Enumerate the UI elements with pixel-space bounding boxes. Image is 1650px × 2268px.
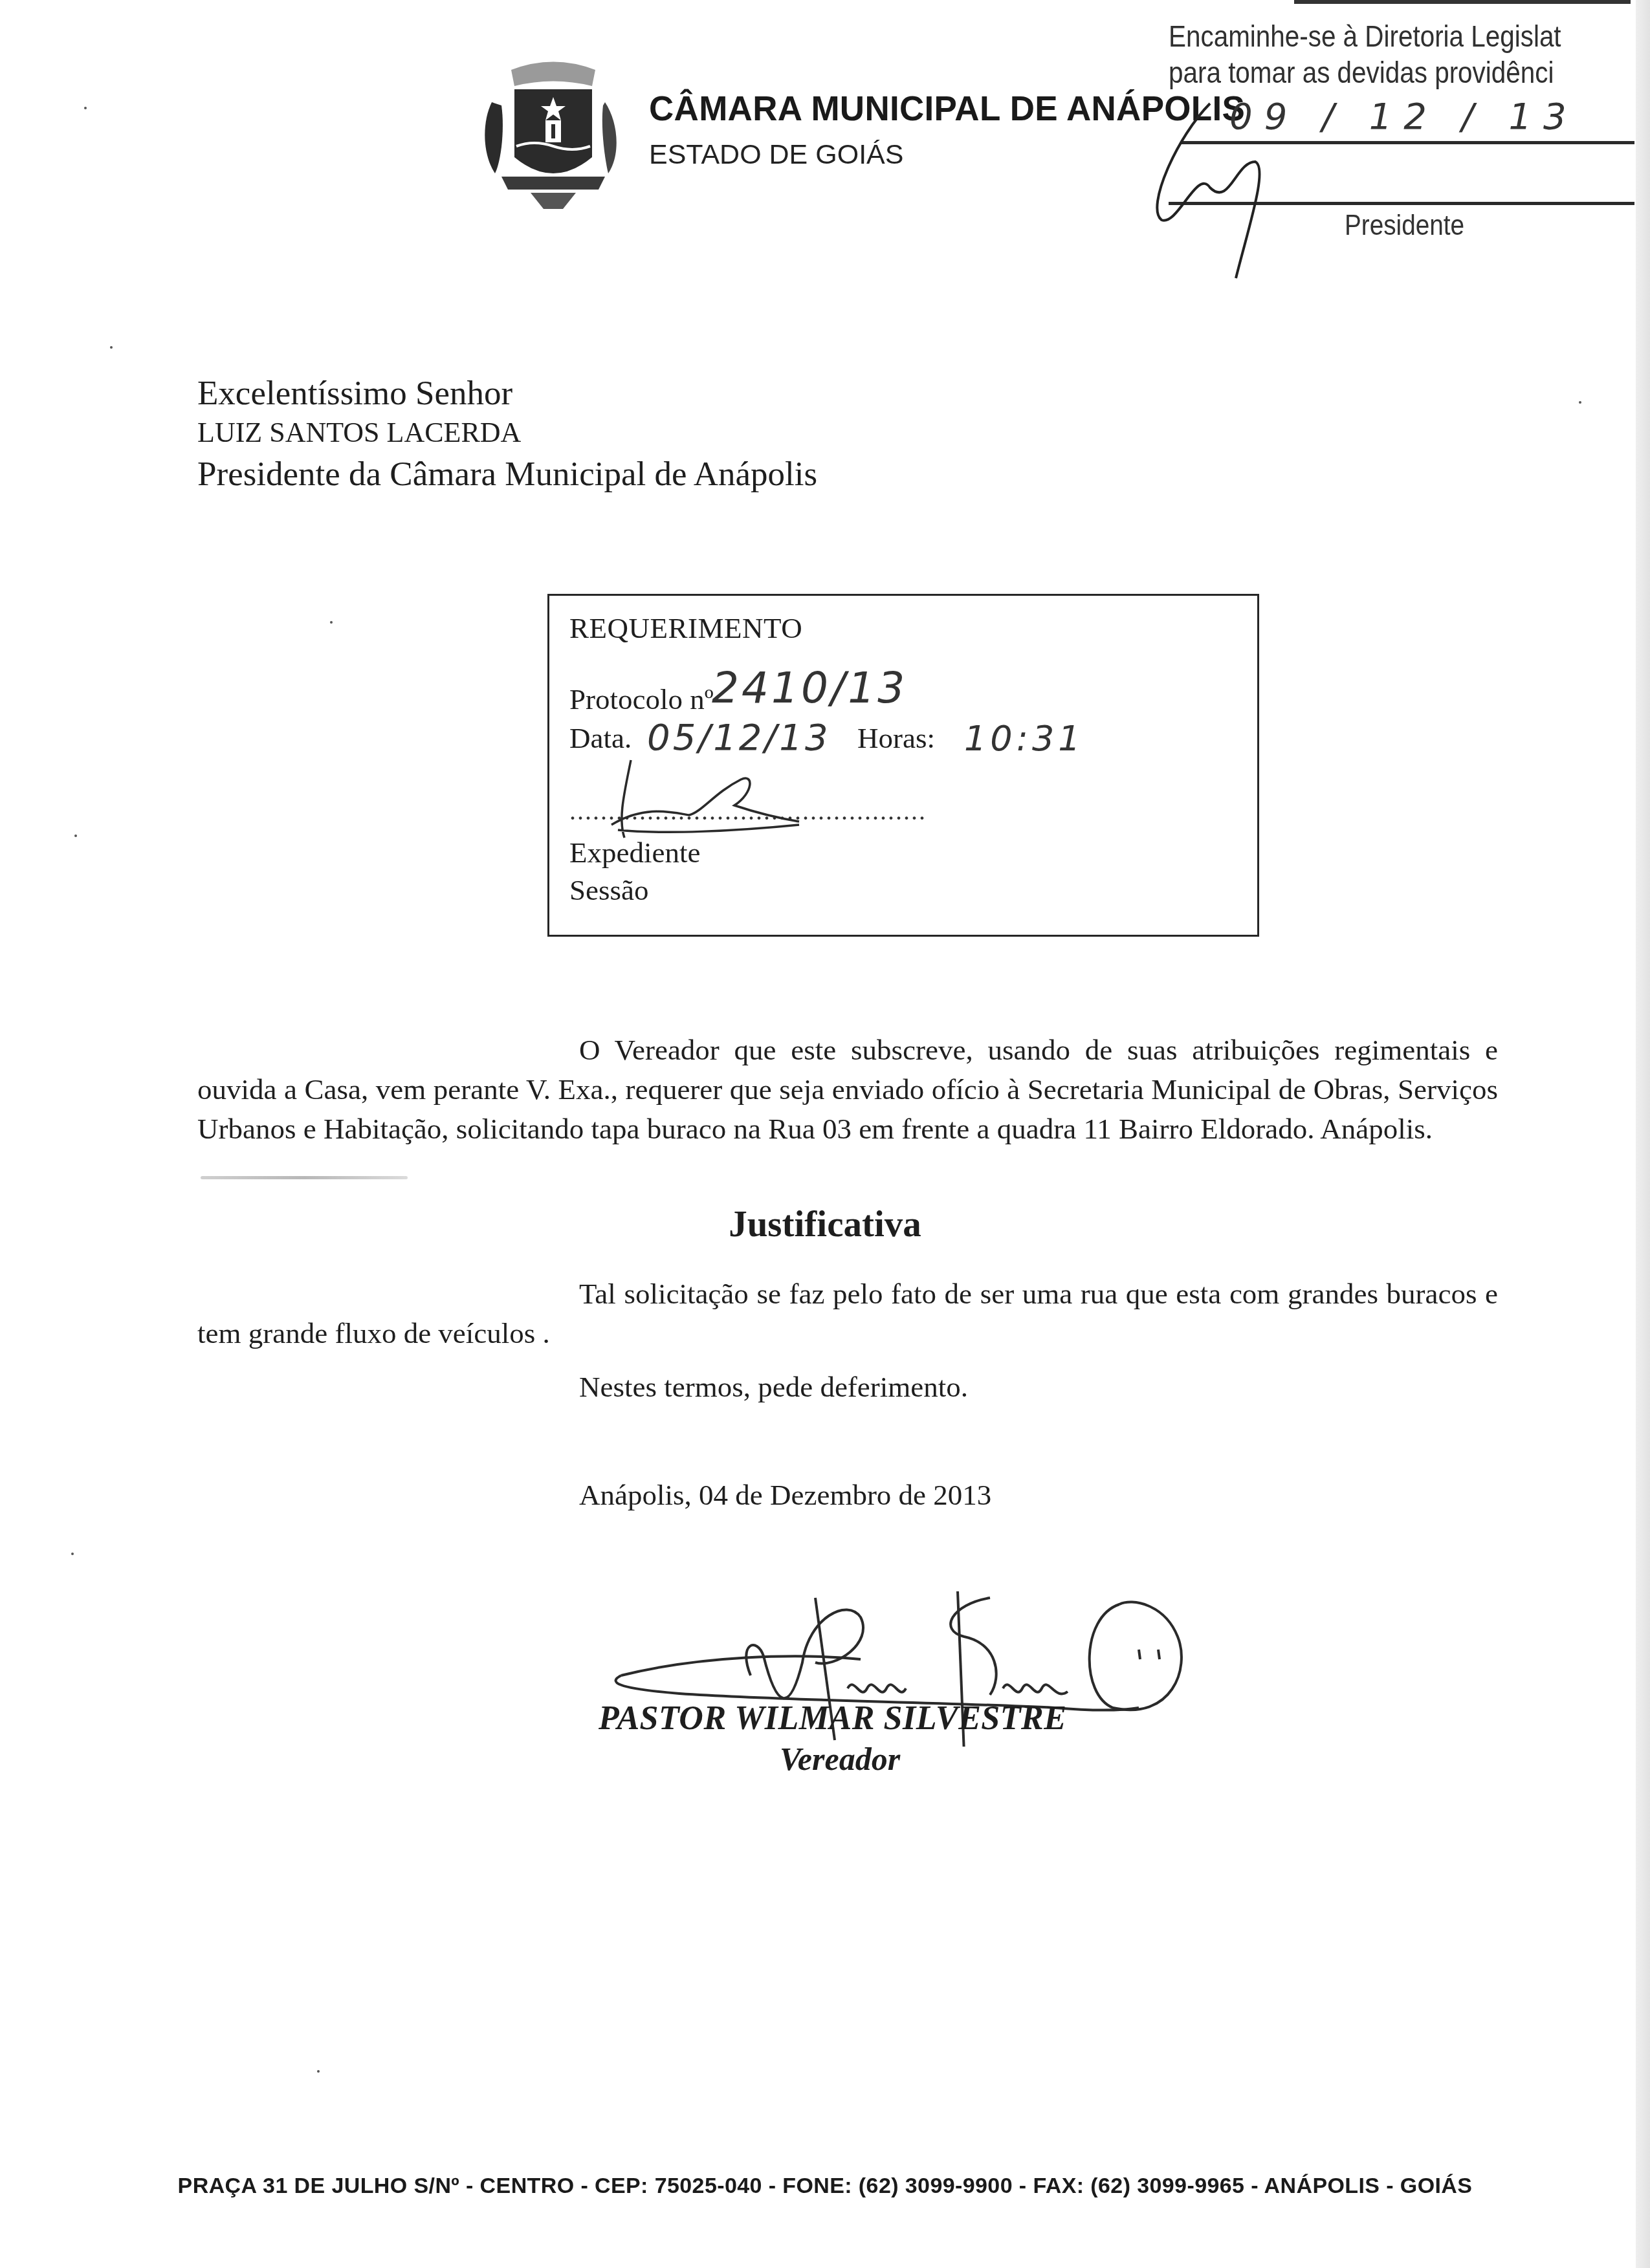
scan-speck — [317, 2070, 320, 2073]
addressee-role: Presidente da Câmara Municipal de Anápol… — [197, 455, 817, 494]
routing-stamp-line1: Encaminhe-se à Diretoria Legislat — [1169, 18, 1561, 54]
addressee-name: LUIZ SANTOS LACERDA — [197, 416, 521, 449]
request-text: O Vereador que este subscreve, usando de… — [197, 1034, 1498, 1145]
protocol-date-label: Data. — [569, 721, 632, 755]
routing-stamp-title: Presidente — [1345, 210, 1464, 242]
president-signature-icon — [1139, 97, 1372, 285]
highlight-underline — [201, 1176, 408, 1179]
scan-speck — [1579, 401, 1581, 404]
scan-edge — [1636, 0, 1650, 2268]
scan-speck — [71, 1553, 74, 1555]
salutation: Excelentíssimo Senhor — [197, 374, 512, 413]
scan-speck — [74, 834, 77, 837]
protocol-title: REQUERIMENTO — [569, 611, 802, 645]
protocol-expediente: Expediente — [569, 836, 700, 869]
justification-text: Tal solicitação se faz pelo fato de ser … — [197, 1278, 1498, 1349]
stamp-top-rule — [1294, 0, 1631, 4]
section-heading-justificativa: Justificativa — [0, 1203, 1650, 1245]
routing-stamp-line2: para tomar as devidas providênci — [1169, 54, 1554, 90]
protocol-time-value: 10:31 — [964, 718, 1084, 759]
protocol-sessao: Sessão — [569, 873, 649, 907]
request-paragraph: O Vereador que este subscreve, usando de… — [197, 1030, 1498, 1149]
protocol-date-value: 05/12/13 — [647, 717, 831, 759]
scan-speck — [110, 346, 113, 349]
justification-paragraph: Tal solicitação se faz pelo fato de ser … — [197, 1274, 1498, 1353]
scan-speck — [330, 621, 333, 624]
protocol-time-label: Horas: — [857, 721, 935, 755]
closing-phrase: Nestes termos, pede deferimento. — [579, 1370, 968, 1404]
footer-address: PRAÇA 31 DE JULHO S/Nº - CENTRO - CEP: 7… — [0, 2174, 1650, 2199]
protocol-number-label: Protocolo nº — [569, 682, 714, 716]
coat-of-arms-icon — [479, 50, 628, 212]
signer-role: Vereador — [780, 1740, 900, 1778]
protocol-number-value: 2410/13 — [712, 663, 907, 713]
scan-speck — [84, 107, 87, 109]
clerk-signature-icon — [605, 754, 812, 844]
organization-state: ESTADO DE GOIÁS — [649, 139, 903, 171]
place-and-date: Anápolis, 04 de Dezembro de 2013 — [579, 1478, 991, 1512]
signer-name: PASTOR WILMAR SILVESTRE — [599, 1699, 1066, 1738]
